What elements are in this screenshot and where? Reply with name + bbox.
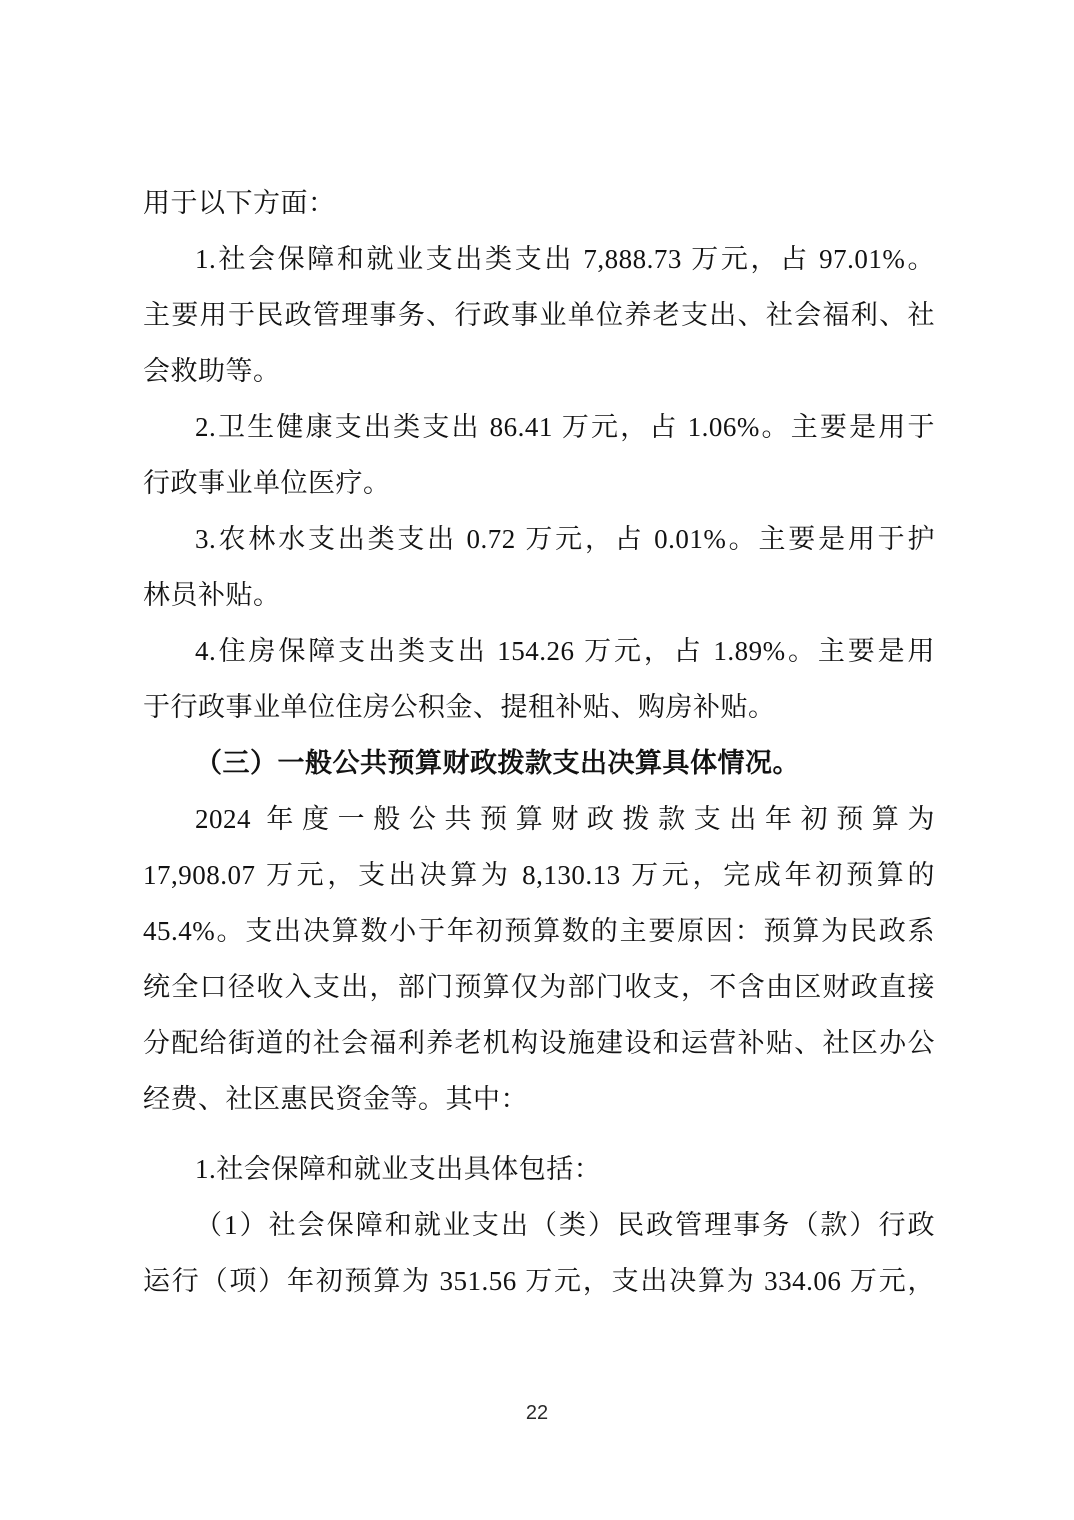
document-page: 用于以下方面： 1.社会保障和就业支出类支出 7,888.73 万元，占 97.… (0, 0, 1074, 1520)
text-line: 运行（项）年初预算为 351.56 万元，支出决算为 334.06 万元， (143, 1253, 935, 1309)
text-line: 经费、社区惠民资金等。其中： (143, 1071, 935, 1127)
text-line: 1.社会保障和就业支出类支出 7,888.73 万元，占 97.01%。 (143, 231, 935, 287)
text-line: 17,908.07 万元，支出决算为 8,130.13 万元，完成年初预算的 (143, 847, 935, 903)
document-text-block: 用于以下方面： 1.社会保障和就业支出类支出 7,888.73 万元，占 97.… (143, 175, 935, 1309)
page-number: 22 (0, 1398, 1074, 1428)
text-line: 2024 年度一般公共预算财政拨款支出年初预算为 (143, 791, 935, 847)
text-line: 会救助等。 (143, 343, 935, 399)
text-line: 用于以下方面： (143, 175, 935, 231)
text-line: 于行政事业单位住房公积金、提租补贴、购房补贴。 (143, 679, 935, 735)
section-heading: （三）一般公共预算财政拨款支出决算具体情况。 (143, 735, 935, 791)
text-line: 主要用于民政管理事务、行政事业单位养老支出、社会福利、社 (143, 287, 935, 343)
text-line: 3.农林水支出类支出 0.72 万元，占 0.01%。主要是用于护 (143, 511, 935, 567)
text-line: 统全口径收入支出，部门预算仅为部门收支，不含由区财政直接 (143, 959, 935, 1015)
text-line: 1.社会保障和就业支出具体包括： (143, 1141, 935, 1197)
text-line: 行政事业单位医疗。 (143, 455, 935, 511)
text-line: （1）社会保障和就业支出（类）民政管理事务（款）行政 (143, 1197, 935, 1253)
text-line: 林员补贴。 (143, 567, 935, 623)
text-line: 2.卫生健康支出类支出 86.41 万元，占 1.06%。主要是用于 (143, 399, 935, 455)
text-line: 4.住房保障支出类支出 154.26 万元，占 1.89%。主要是用 (143, 623, 935, 679)
text-line: 45.4%。支出决算数小于年初预算数的主要原因：预算为民政系 (143, 903, 935, 959)
text-line: 分配给街道的社会福利养老机构设施建设和运营补贴、社区办公 (143, 1015, 935, 1071)
